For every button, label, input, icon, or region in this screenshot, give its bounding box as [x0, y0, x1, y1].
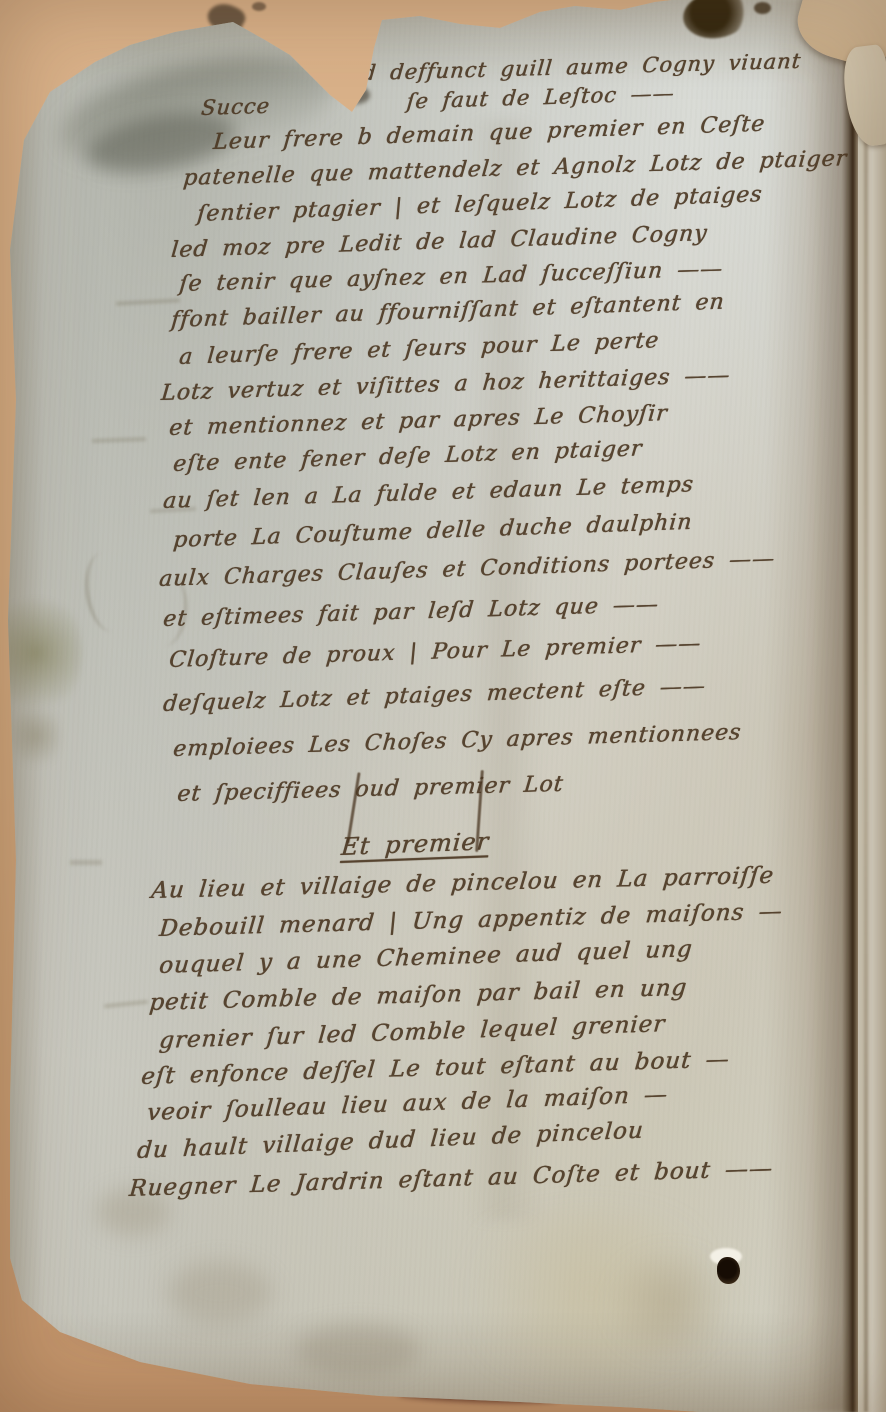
manuscript-line: du hault villaige dud lieu de pincelou	[136, 1118, 645, 1164]
wormhole-highlight	[710, 1248, 742, 1265]
manuscript-line: a leurſe frere et ſeurs pour Le perte	[178, 328, 660, 370]
bleed-through-mark	[81, 549, 135, 634]
manuscript-line: Lotz vertuz et viſittes a hoz herittaige…	[160, 363, 731, 406]
manuscript-line: Cloſture de proux | Pour Le premier ——	[168, 631, 702, 673]
manuscript-line: emploiees Les Choſes Cy apres mentionnee…	[172, 720, 742, 762]
stain-left-green	[0, 584, 82, 722]
manuscript-line: au ſet len a La fulde et edaun Le temps	[162, 472, 695, 514]
manuscript-line: petit Comble de maiſon par bail en ung	[148, 975, 688, 1016]
bleed-through-mark	[70, 860, 102, 865]
manuscript-line: Leur frere b demain que premier en Ceſte	[212, 112, 766, 155]
bleed-through-mark	[116, 298, 180, 305]
section-heading: Et premier	[340, 827, 490, 861]
stain-bottom-center-dark	[598, 1252, 742, 1356]
manuscript-line: Au lieu et villaige de pincelou en La pa…	[150, 863, 775, 904]
manuscript-line: porte La Couſtume delle duche daulphin	[172, 510, 693, 553]
photo-background: dud deffunct guill aume Cogny viuant Suc…	[0, 0, 886, 1412]
manuscript-line: ffont bailler au ffourniſſant et eſtante…	[170, 290, 726, 333]
stain-left-green-small	[12, 700, 60, 772]
manuscript-page: dud deffunct guill aume Cogny viuant Suc…	[0, 0, 886, 1412]
manuscript-line: et ſpeciffiees oud premier Lot	[176, 772, 565, 807]
manuscript-line: deſquelz Lotz et ptaiges mectent eſte ——	[162, 674, 707, 717]
bleed-through-mark	[104, 1000, 148, 1009]
manuscript-line: grenier ſur led Comble lequel grenier	[158, 1011, 666, 1054]
manuscript-line: ſentier ptagier | et leſquelz Lotz de pt…	[196, 182, 763, 227]
manuscript-line: Ruegner Le Jardrin eſtant au Coſte et bo…	[128, 1156, 774, 1202]
manuscript-line: et mentionnez et par apres Le Choyſir	[168, 401, 669, 441]
bleed-through-mark	[92, 437, 146, 443]
manuscript-line: aulx Charges Clauſes et Conditions porte…	[158, 546, 776, 592]
torn-fragment	[252, 2, 266, 11]
wormhole	[717, 1257, 740, 1284]
stain-bottom-center	[428, 1212, 752, 1376]
manuscript-line: ſe tenir que ayſnez en Lad ſucceſſiun ——	[178, 257, 724, 297]
manuscript-line: et eſtimees fait par leſd Lotz que ——	[162, 592, 660, 632]
ink-blot-top	[680, 0, 752, 42]
manuscript-line: led moz pre Ledit de lad Claudine Cogny	[170, 221, 709, 263]
manuscript-line: dud deffunct guill aume Cogny viuant	[332, 49, 802, 86]
manuscript-line: ouquel y a une Cheminee aud quel ung	[158, 936, 694, 979]
binding-crease	[842, 0, 860, 1412]
stain-dot-top-right	[754, 2, 771, 14]
manuscript-line: Succe ſe faut de Leſtoc ——	[200, 81, 676, 120]
facing-page-crease	[864, 0, 868, 1412]
stain-bottom-left	[296, 1324, 420, 1376]
manuscript-line: eſte ente fener deſe Lotz en ptaiger	[172, 436, 643, 477]
right-curl-shading	[766, 0, 858, 1412]
stain-bottom-left	[168, 1262, 272, 1324]
